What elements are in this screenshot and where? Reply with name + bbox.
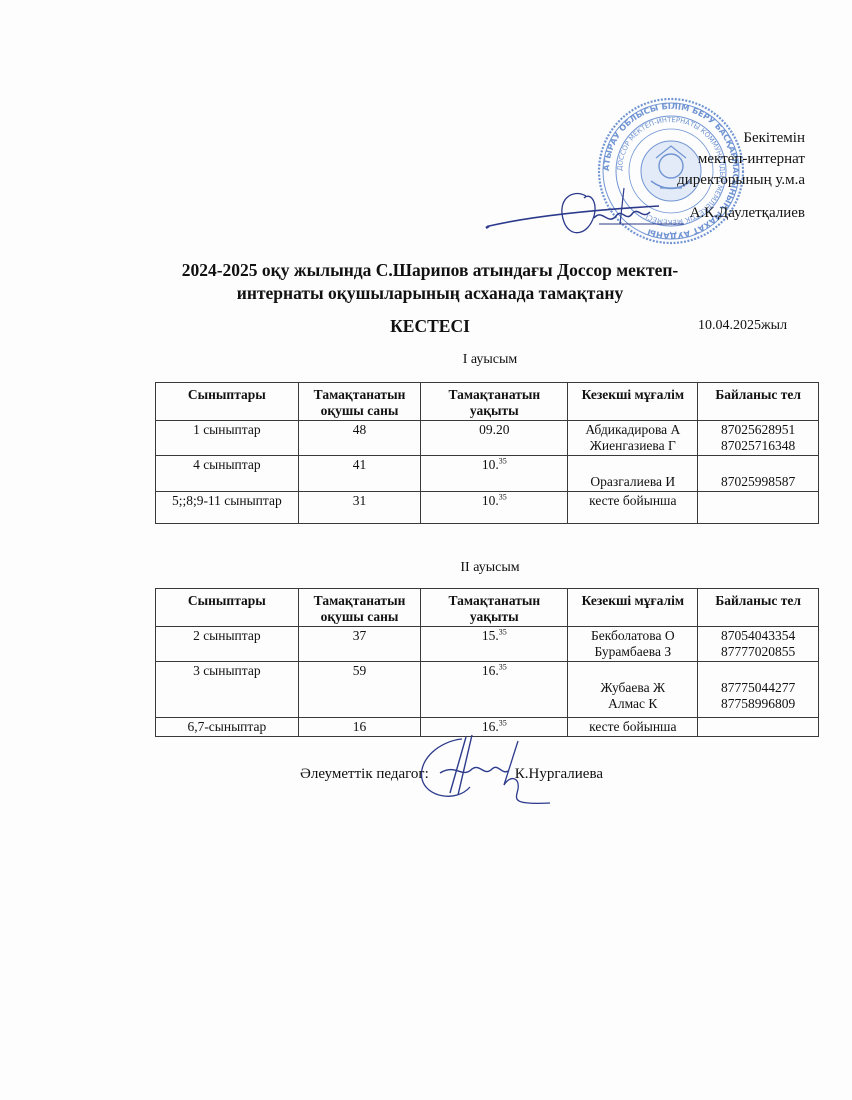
cell-phone — [698, 718, 819, 737]
cell-count: 41 — [298, 456, 421, 492]
cell-teacher: кесте бойынша — [568, 492, 698, 524]
cell-time: 10.35 — [421, 492, 568, 524]
signer-role: Әлеуметтік педагог: — [300, 766, 429, 783]
cell-class: 2 сыныптар — [156, 627, 299, 662]
approval-institution: мектеп-интернат — [677, 149, 805, 170]
cell-time: 10.35 — [421, 456, 568, 492]
cell-teacher: Жубаева Ж Алмас К — [568, 662, 698, 718]
cell-teacher: кесте бойынша — [568, 718, 698, 737]
cell-class: 4 сыныптар — [156, 456, 299, 492]
document-heading: КЕСТЕСІ — [150, 316, 710, 337]
header-teacher: Кезекші мұғалім — [568, 383, 698, 421]
table-header-row: Сыныптары Тамақтанатын оқушы саны Тамақт… — [156, 589, 819, 627]
table-row: 3 сыныптар 59 16.35 Жубаева Ж Алмас К 87… — [156, 662, 819, 718]
table-row: 4 сыныптар 41 10.35 Оразгалиева И 870259… — [156, 456, 819, 492]
header-class: Сыныптары — [156, 589, 299, 627]
approval-block: Бекітемін мектеп-интернат директорының у… — [677, 128, 805, 224]
header-count: Тамақтанатын оқушы саны — [298, 383, 421, 421]
header-class: Сыныптары — [156, 383, 299, 421]
header-time: Тамақтанатын уақыты — [421, 589, 568, 627]
footer-signature-line: Әлеуметтік педагог:К.Нургалиева — [300, 766, 603, 783]
cell-count: 59 — [298, 662, 421, 718]
shift-2-label: II ауысым — [150, 560, 830, 576]
title-line-2: интернаты оқушыларының асханада тамақтан… — [150, 282, 710, 305]
cell-time: 15.35 — [421, 627, 568, 662]
cell-teacher: Оразгалиева И — [568, 456, 698, 492]
approval-position: директорының у.м.а — [677, 170, 805, 191]
table-header-row: Сыныптары Тамақтанатын оқушы саны Тамақт… — [156, 383, 819, 421]
cell-time: 16.35 — [421, 662, 568, 718]
document-title: 2024-2025 оқу жылында С.Шарипов атындағы… — [150, 259, 710, 305]
cell-phone: 87025998587 — [698, 456, 819, 492]
header-time: Тамақтанатын уақыты — [421, 383, 568, 421]
cell-class: 5;;8;9-11 сыныптар — [156, 492, 299, 524]
cell-count: 37 — [298, 627, 421, 662]
cell-teacher: Абдикадирова А Жиенгазиева Г — [568, 421, 698, 456]
header-teacher: Кезекші мұғалім — [568, 589, 698, 627]
cell-count: 48 — [298, 421, 421, 456]
cell-phone — [698, 492, 819, 524]
cell-phone: 87775044277 87758996809 — [698, 662, 819, 718]
title-line-1: 2024-2025 оқу жылында С.Шарипов атындағы… — [150, 259, 710, 282]
director-signature-icon — [484, 178, 684, 248]
approval-signer-name: А.К.Даулетқалиев — [677, 203, 805, 224]
cell-class: 6,7-сыныптар — [156, 718, 299, 737]
header-phone: Байланыс тел — [698, 589, 819, 627]
header-count: Тамақтанатын оқушы саны — [298, 589, 421, 627]
cell-count: 31 — [298, 492, 421, 524]
cell-teacher: Бекболатова О Бурамбаева З — [568, 627, 698, 662]
cell-phone: 87025628951 87025716348 — [698, 421, 819, 456]
signer-name: К.Нургалиева — [515, 766, 603, 783]
cell-time: 09.20 — [421, 421, 568, 456]
cell-class: 3 сыныптар — [156, 662, 299, 718]
shift-1-label: I ауысым — [150, 352, 830, 368]
shift-1-table: Сыныптары Тамақтанатын оқушы саны Тамақт… — [155, 382, 819, 524]
table-row: 2 сыныптар 37 15.35 Бекболатова О Бурамб… — [156, 627, 819, 662]
document-page: АТЫРАУ ОБЛЫСЫ БІЛІМ БЕРУ БАСҚАРМАСЫНЫҢ М… — [0, 0, 852, 1100]
cell-phone: 87054043354 87777020855 — [698, 627, 819, 662]
table-row: 5;;8;9-11 сыныптар 31 10.35 кесте бойынш… — [156, 492, 819, 524]
header-phone: Байланыс тел — [698, 383, 819, 421]
cell-class: 1 сыныптар — [156, 421, 299, 456]
approval-heading: Бекітемін — [677, 128, 805, 149]
document-date: 10.04.2025жыл — [698, 318, 787, 334]
table-row: 1 сыныптар 48 09.20 Абдикадирова А Жиенг… — [156, 421, 819, 456]
shift-2-table: Сыныптары Тамақтанатын оқушы саны Тамақт… — [155, 588, 819, 737]
